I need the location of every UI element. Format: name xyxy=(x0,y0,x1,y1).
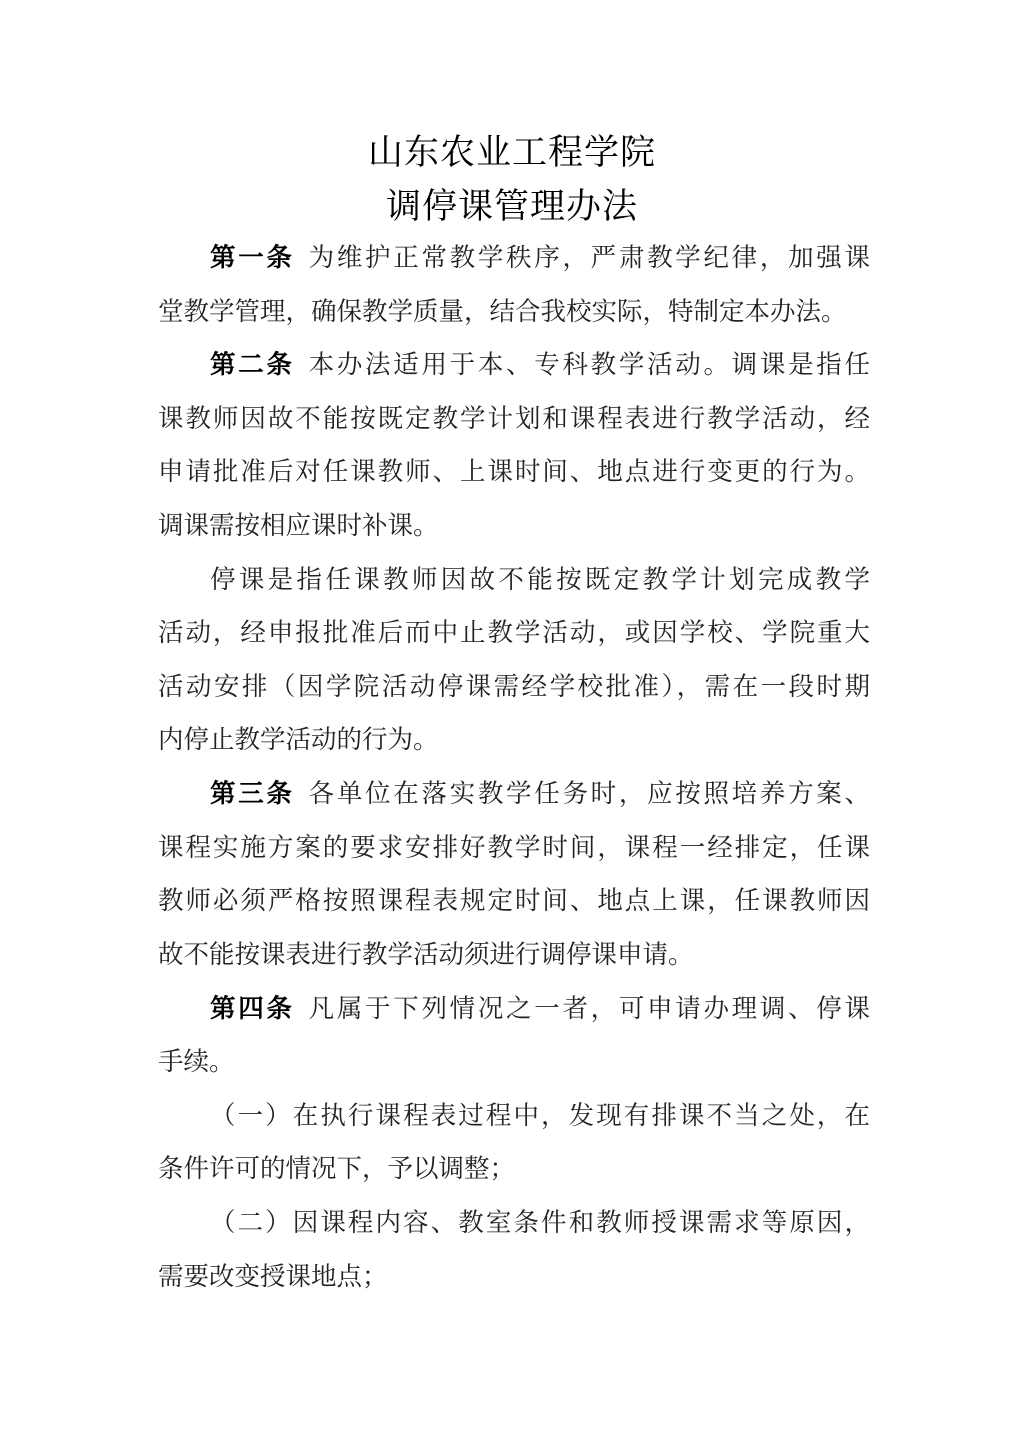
article-label: 第三条 xyxy=(210,779,295,809)
article-3-line-3: 教师必须严格按照课程表规定时间、地点上课，任课教师因 xyxy=(158,881,870,921)
article-2-line-4: 调课需按相应课时补课。 xyxy=(158,506,870,546)
item-1-line-2: 条件许可的情况下，予以调整； xyxy=(158,1149,870,1189)
document-title-institution: 山东农业工程学院 xyxy=(0,133,1024,173)
article-3-line-2: 课程实施方案的要求安排好教学时间，课程一经排定，任课 xyxy=(158,828,870,868)
article-label: 第一条 xyxy=(210,243,295,273)
article-2-line-1: 第二条本办法适用于本、专科教学活动。调课是指任 xyxy=(210,345,870,385)
article-text: 为维护正常教学秩序，严肃教学纪律，加强课 xyxy=(309,243,870,273)
article-2-line-3: 申请批准后对任课教师、上课时间、地点进行变更的行为。 xyxy=(158,452,870,492)
document-page: 山东农业工程学院 调停课管理办法 第一条为维护正常教学秩序，严肃教学纪律，加强课… xyxy=(0,0,1024,1448)
article-label: 第四条 xyxy=(210,994,295,1024)
article-text: 凡属于下列情况之一者，可申请办理调、停课 xyxy=(309,994,870,1024)
article-4-line-2: 手续。 xyxy=(158,1042,870,1082)
item-2-line-2: 需要改变授课地点； xyxy=(158,1257,870,1297)
suspension-paragraph-line-1: 停课是指任课教师因故不能按既定教学计划完成教学 xyxy=(210,560,870,600)
article-text: 本办法适用于本、专科教学活动。调课是指任 xyxy=(309,350,870,380)
article-3-line-4: 故不能按课表进行教学活动须进行调停课申请。 xyxy=(158,935,870,975)
suspension-paragraph-line-4: 内停止教学活动的行为。 xyxy=(158,720,870,760)
article-4-line-1: 第四条凡属于下列情况之一者，可申请办理调、停课 xyxy=(210,989,870,1029)
suspension-paragraph-line-3: 活动安排（因学院活动停课需经学校批准），需在一段时期 xyxy=(158,667,870,707)
article-3-line-1: 第三条各单位在落实教学任务时，应按照培养方案、 xyxy=(210,774,870,814)
article-label: 第二条 xyxy=(210,350,295,380)
document-title-regulation: 调停课管理办法 xyxy=(0,187,1024,227)
suspension-paragraph-line-2: 活动，经申报批准后而中止教学活动，或因学校、学院重大 xyxy=(158,613,870,653)
article-1-line-1: 第一条为维护正常教学秩序，严肃教学纪律，加强课 xyxy=(210,238,870,278)
article-1-line-2: 堂教学管理，确保教学质量，结合我校实际，特制定本办法。 xyxy=(158,292,870,332)
article-2-line-2: 课教师因故不能按既定教学计划和课程表进行教学活动，经 xyxy=(158,399,870,439)
article-text: 各单位在落实教学任务时，应按照培养方案、 xyxy=(309,779,870,809)
item-2-line-1: （二）因课程内容、教室条件和教师授课需求等原因， xyxy=(210,1203,870,1243)
item-1-line-1: （一）在执行课程表过程中，发现有排课不当之处，在 xyxy=(210,1096,870,1136)
